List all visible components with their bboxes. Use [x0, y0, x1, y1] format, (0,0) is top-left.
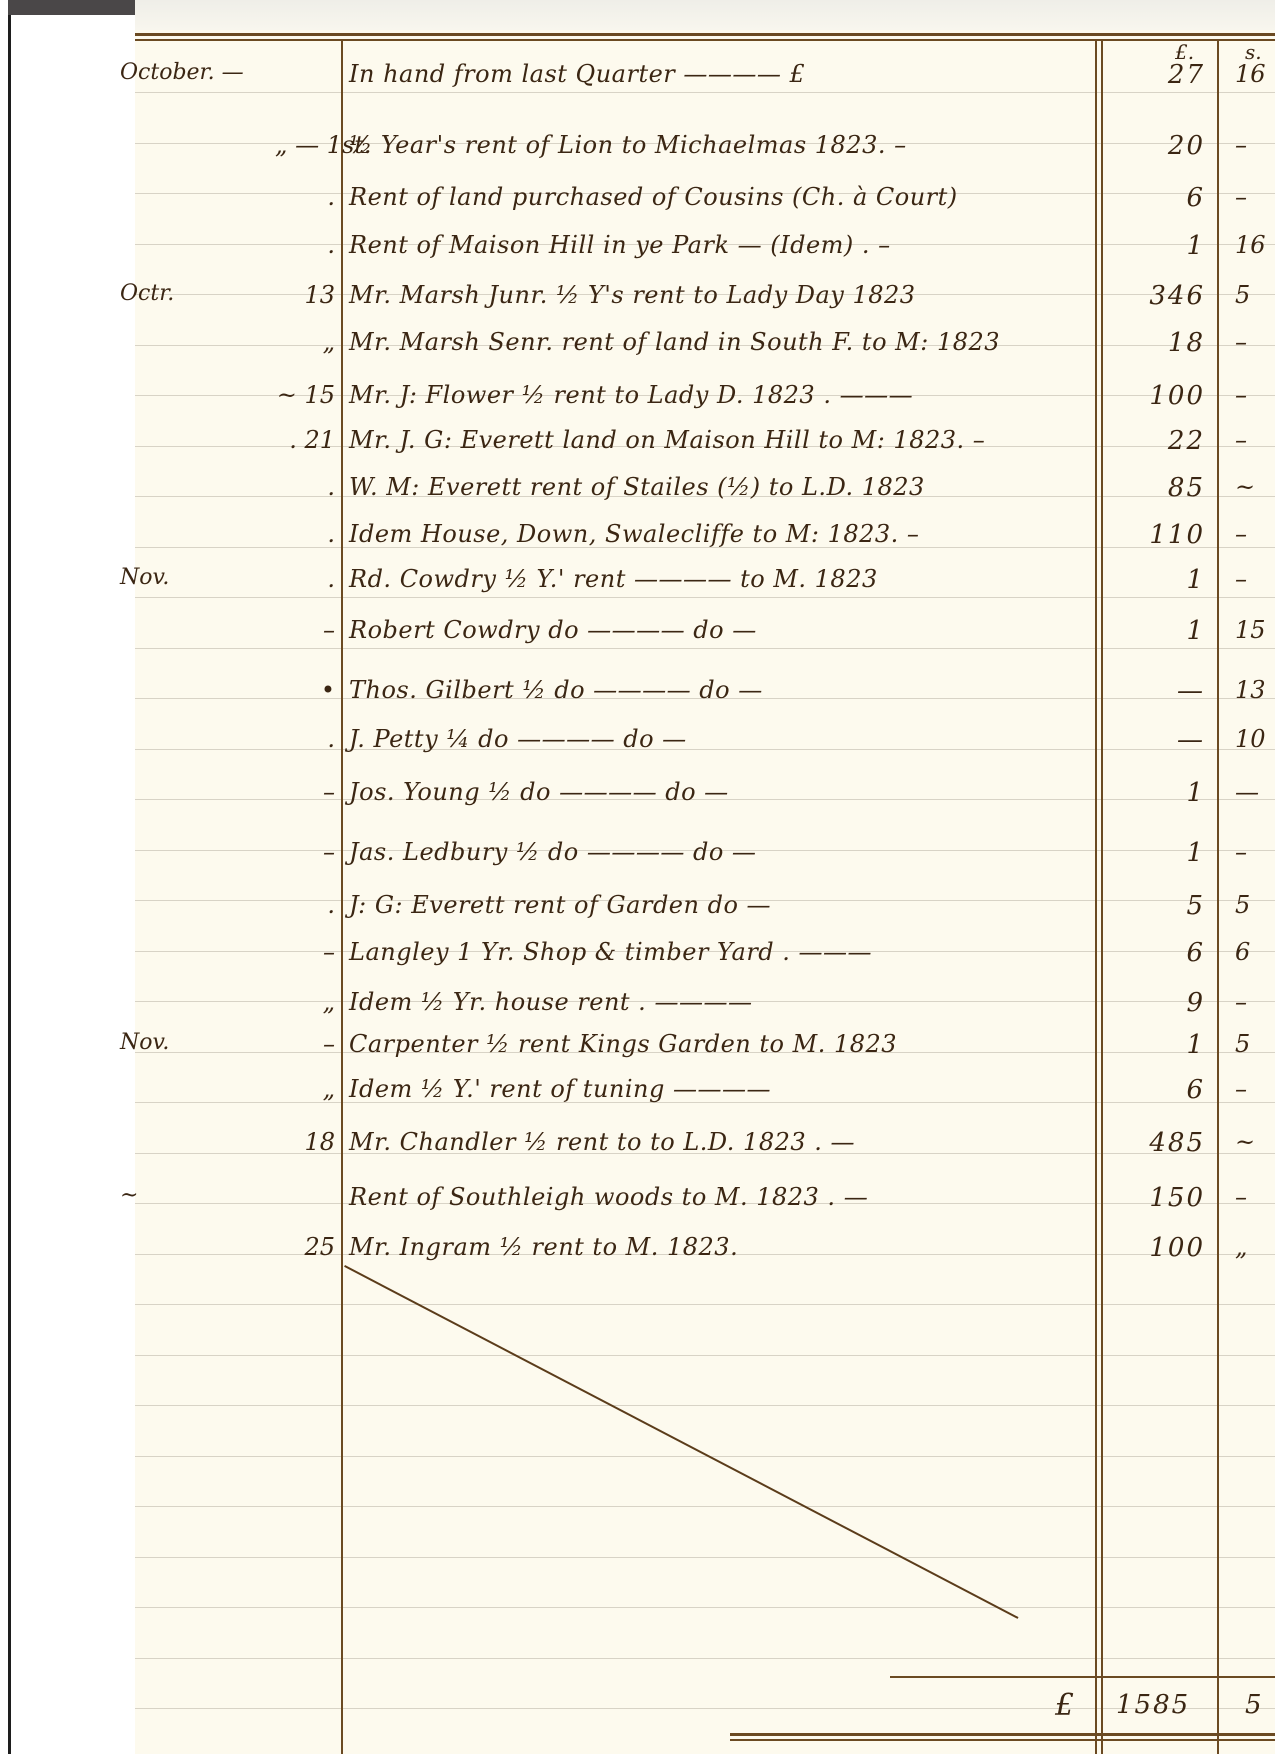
entry-pounds: 1	[1105, 778, 1205, 808]
entry-shillings: ~	[1235, 473, 1275, 501]
entry-day: 18	[275, 1128, 335, 1156]
scanner-edge	[8, 0, 11, 1754]
ruled-line	[135, 1304, 1275, 1305]
amount-double-rule-right	[1101, 40, 1103, 1754]
entry-pounds: 150	[1105, 1183, 1205, 1213]
entry-day: 25	[275, 1233, 335, 1261]
entry-shillings: 10	[1235, 725, 1275, 753]
entry-day: .	[275, 473, 335, 501]
entry-shillings: –	[1235, 183, 1275, 211]
entry-description: Rent of Maison Hill in ye Park — (Idem) …	[349, 231, 891, 259]
entry-description: Carpenter ½ rent Kings Garden to M. 1823	[349, 1030, 897, 1058]
entry-description: Idem ½ Yr. house rent . ————	[349, 988, 752, 1016]
entry-day: .	[275, 725, 335, 753]
entry-day: –	[275, 616, 335, 644]
entry-pounds: 27	[1105, 60, 1205, 90]
top-double-rule	[135, 33, 1275, 36]
entry-pounds: 1	[1105, 231, 1205, 261]
entry-pounds: 9	[1105, 988, 1205, 1018]
entry-pounds: 110	[1105, 520, 1205, 550]
bottom-double-rule-2	[730, 1739, 1275, 1741]
entry-shillings: 5	[1235, 1030, 1275, 1058]
entry-pounds: 85	[1105, 473, 1205, 503]
entry-shillings: –	[1235, 838, 1275, 866]
entry-description: Jos. Young ½ do ———— do —	[349, 778, 729, 806]
entry-day: •	[275, 676, 335, 704]
entry-day: .	[275, 520, 335, 548]
entry-pounds: 5	[1105, 891, 1205, 921]
entry-shillings: –	[1235, 520, 1275, 548]
entry-day: 13	[275, 281, 335, 309]
entry-pounds: 1	[1105, 1030, 1205, 1060]
entry-description: Mr. Marsh Junr. ½ Y's rent to Lady Day 1…	[349, 281, 916, 309]
entry-shillings: –	[1235, 131, 1275, 159]
entry-day: „ — 1st.	[275, 131, 335, 159]
entry-day: –	[275, 1030, 335, 1058]
entry-pounds: 6	[1105, 183, 1205, 213]
total-currency-symbol: £	[1055, 1688, 1074, 1723]
entry-shillings: –	[1235, 426, 1275, 454]
entry-day: –	[275, 938, 335, 966]
total-shillings: 5	[1245, 1690, 1275, 1720]
entry-day: ~ 15	[275, 381, 335, 409]
entry-description: Jas. Ledbury ½ do ———— do —	[349, 838, 756, 866]
total-rule	[890, 1676, 1275, 1678]
entry-shillings: 15	[1235, 616, 1275, 644]
entry-day: .	[275, 231, 335, 259]
entry-description: J. Petty ¼ do ———— do —	[349, 725, 687, 753]
entry-month: ~	[120, 1183, 138, 1208]
entry-description: Robert Cowdry do ———— do —	[349, 616, 757, 644]
entry-description: W. M: Everett rent of Stailes (½) to L.D…	[349, 473, 925, 501]
entry-description: Mr. Chandler ½ rent to to L.D. 1823 . —	[349, 1128, 855, 1156]
entry-description: Idem House, Down, Swalecliffe to M: 1823…	[349, 520, 919, 548]
entry-description: Mr. Marsh Senr. rent of land in South F.…	[349, 328, 1000, 356]
entry-description: Mr. J. G: Everett land on Maison Hill to…	[349, 426, 985, 454]
ruled-line	[135, 1607, 1275, 1608]
entry-description: Langley 1 Yr. Shop & timber Yard . ———	[349, 938, 872, 966]
total-pounds: 1585	[1110, 1690, 1226, 1720]
entry-shillings: 5	[1235, 891, 1275, 919]
entry-shillings: 16	[1235, 231, 1275, 259]
entry-shillings: —	[1235, 778, 1275, 806]
entry-day: . 21	[275, 426, 335, 454]
entry-description: Thos. Gilbert ½ do ———— do —	[349, 676, 763, 704]
entry-shillings: –	[1235, 988, 1275, 1016]
entry-description: Rent of Southleigh woods to M. 1823 . —	[349, 1183, 868, 1211]
entry-description: Mr. Ingram ½ rent to M. 1823.	[349, 1233, 738, 1261]
ledger-page: £. s. October. —In hand from last Quarte…	[135, 0, 1275, 1754]
entry-day: „	[275, 328, 335, 356]
entry-description: In hand from last Quarter ———— £	[349, 60, 805, 88]
ruled-line	[135, 92, 1275, 93]
entry-pounds: 100	[1105, 1233, 1205, 1263]
entry-pounds: 1	[1105, 616, 1205, 646]
entry-shillings: 16	[1235, 60, 1275, 88]
entry-pounds: 18	[1105, 328, 1205, 358]
ruled-line	[135, 648, 1275, 649]
entry-day: .	[275, 891, 335, 919]
amount-double-rule-left	[1095, 40, 1097, 1754]
entry-shillings: –	[1235, 328, 1275, 356]
entry-month: Nov.	[120, 565, 169, 590]
entry-pounds: 20	[1105, 131, 1205, 161]
ruled-line	[135, 1557, 1275, 1558]
bottom-double-rule	[730, 1733, 1275, 1736]
entry-shillings: –	[1235, 1075, 1275, 1103]
ruled-line	[135, 1456, 1275, 1457]
entry-day: .	[275, 565, 335, 593]
entry-pounds: 1	[1105, 838, 1205, 868]
entry-pounds: 1	[1105, 565, 1205, 595]
closing-diagonal-stroke	[344, 1265, 1018, 1619]
entry-day: –	[275, 838, 335, 866]
entry-pounds: —	[1105, 725, 1205, 755]
ruled-line	[135, 1405, 1275, 1406]
entry-shillings: „	[1235, 1233, 1275, 1261]
shillings-rule	[1217, 40, 1219, 1754]
top-double-rule-2	[135, 39, 1275, 41]
ruled-line	[135, 1658, 1275, 1659]
ruled-line	[135, 597, 1275, 598]
ruled-line	[135, 1506, 1275, 1507]
scanner-top-bar	[8, 0, 136, 15]
entry-description: Idem ½ Y.' rent of tuning ————	[349, 1075, 771, 1103]
entry-shillings: 6	[1235, 938, 1275, 966]
entry-shillings: 13	[1235, 676, 1275, 704]
ruled-line	[135, 1355, 1275, 1356]
entry-shillings: –	[1235, 381, 1275, 409]
entry-pounds: 6	[1105, 938, 1205, 968]
entry-day: .	[275, 183, 335, 211]
entry-pounds: 22	[1105, 426, 1205, 456]
entry-day: –	[275, 778, 335, 806]
ruled-line	[135, 1708, 1275, 1709]
entry-shillings: ~	[1235, 1128, 1275, 1156]
entry-shillings: 5	[1235, 281, 1275, 309]
entry-month: Nov.	[120, 1030, 169, 1055]
entry-pounds: 485	[1105, 1128, 1205, 1158]
entry-description: Mr. J: Flower ½ rent to Lady D. 1823 . —…	[349, 381, 913, 409]
previous-page-edge	[135, 0, 1275, 30]
entry-pounds: 346	[1105, 281, 1205, 311]
entry-month: Octr.	[120, 281, 174, 306]
entry-pounds: 100	[1105, 381, 1205, 411]
entry-pounds: —	[1105, 676, 1205, 706]
entry-description: Rd. Cowdry ½ Y.' rent ———— to M. 1823	[349, 565, 878, 593]
entry-month: October. —	[120, 60, 244, 85]
entry-description: Rent of land purchased of Cousins (Ch. à…	[349, 183, 958, 211]
entry-shillings: –	[1235, 565, 1275, 593]
entry-day: „	[275, 988, 335, 1016]
entry-pounds: 6	[1105, 1075, 1205, 1105]
entry-day: „	[275, 1075, 335, 1103]
entry-shillings: –	[1235, 1183, 1275, 1211]
entry-description: J: G: Everett rent of Garden do —	[349, 891, 771, 919]
entry-description: ½ Year's rent of Lion to Michaelmas 1823…	[349, 131, 907, 159]
date-margin-rule	[341, 40, 343, 1754]
